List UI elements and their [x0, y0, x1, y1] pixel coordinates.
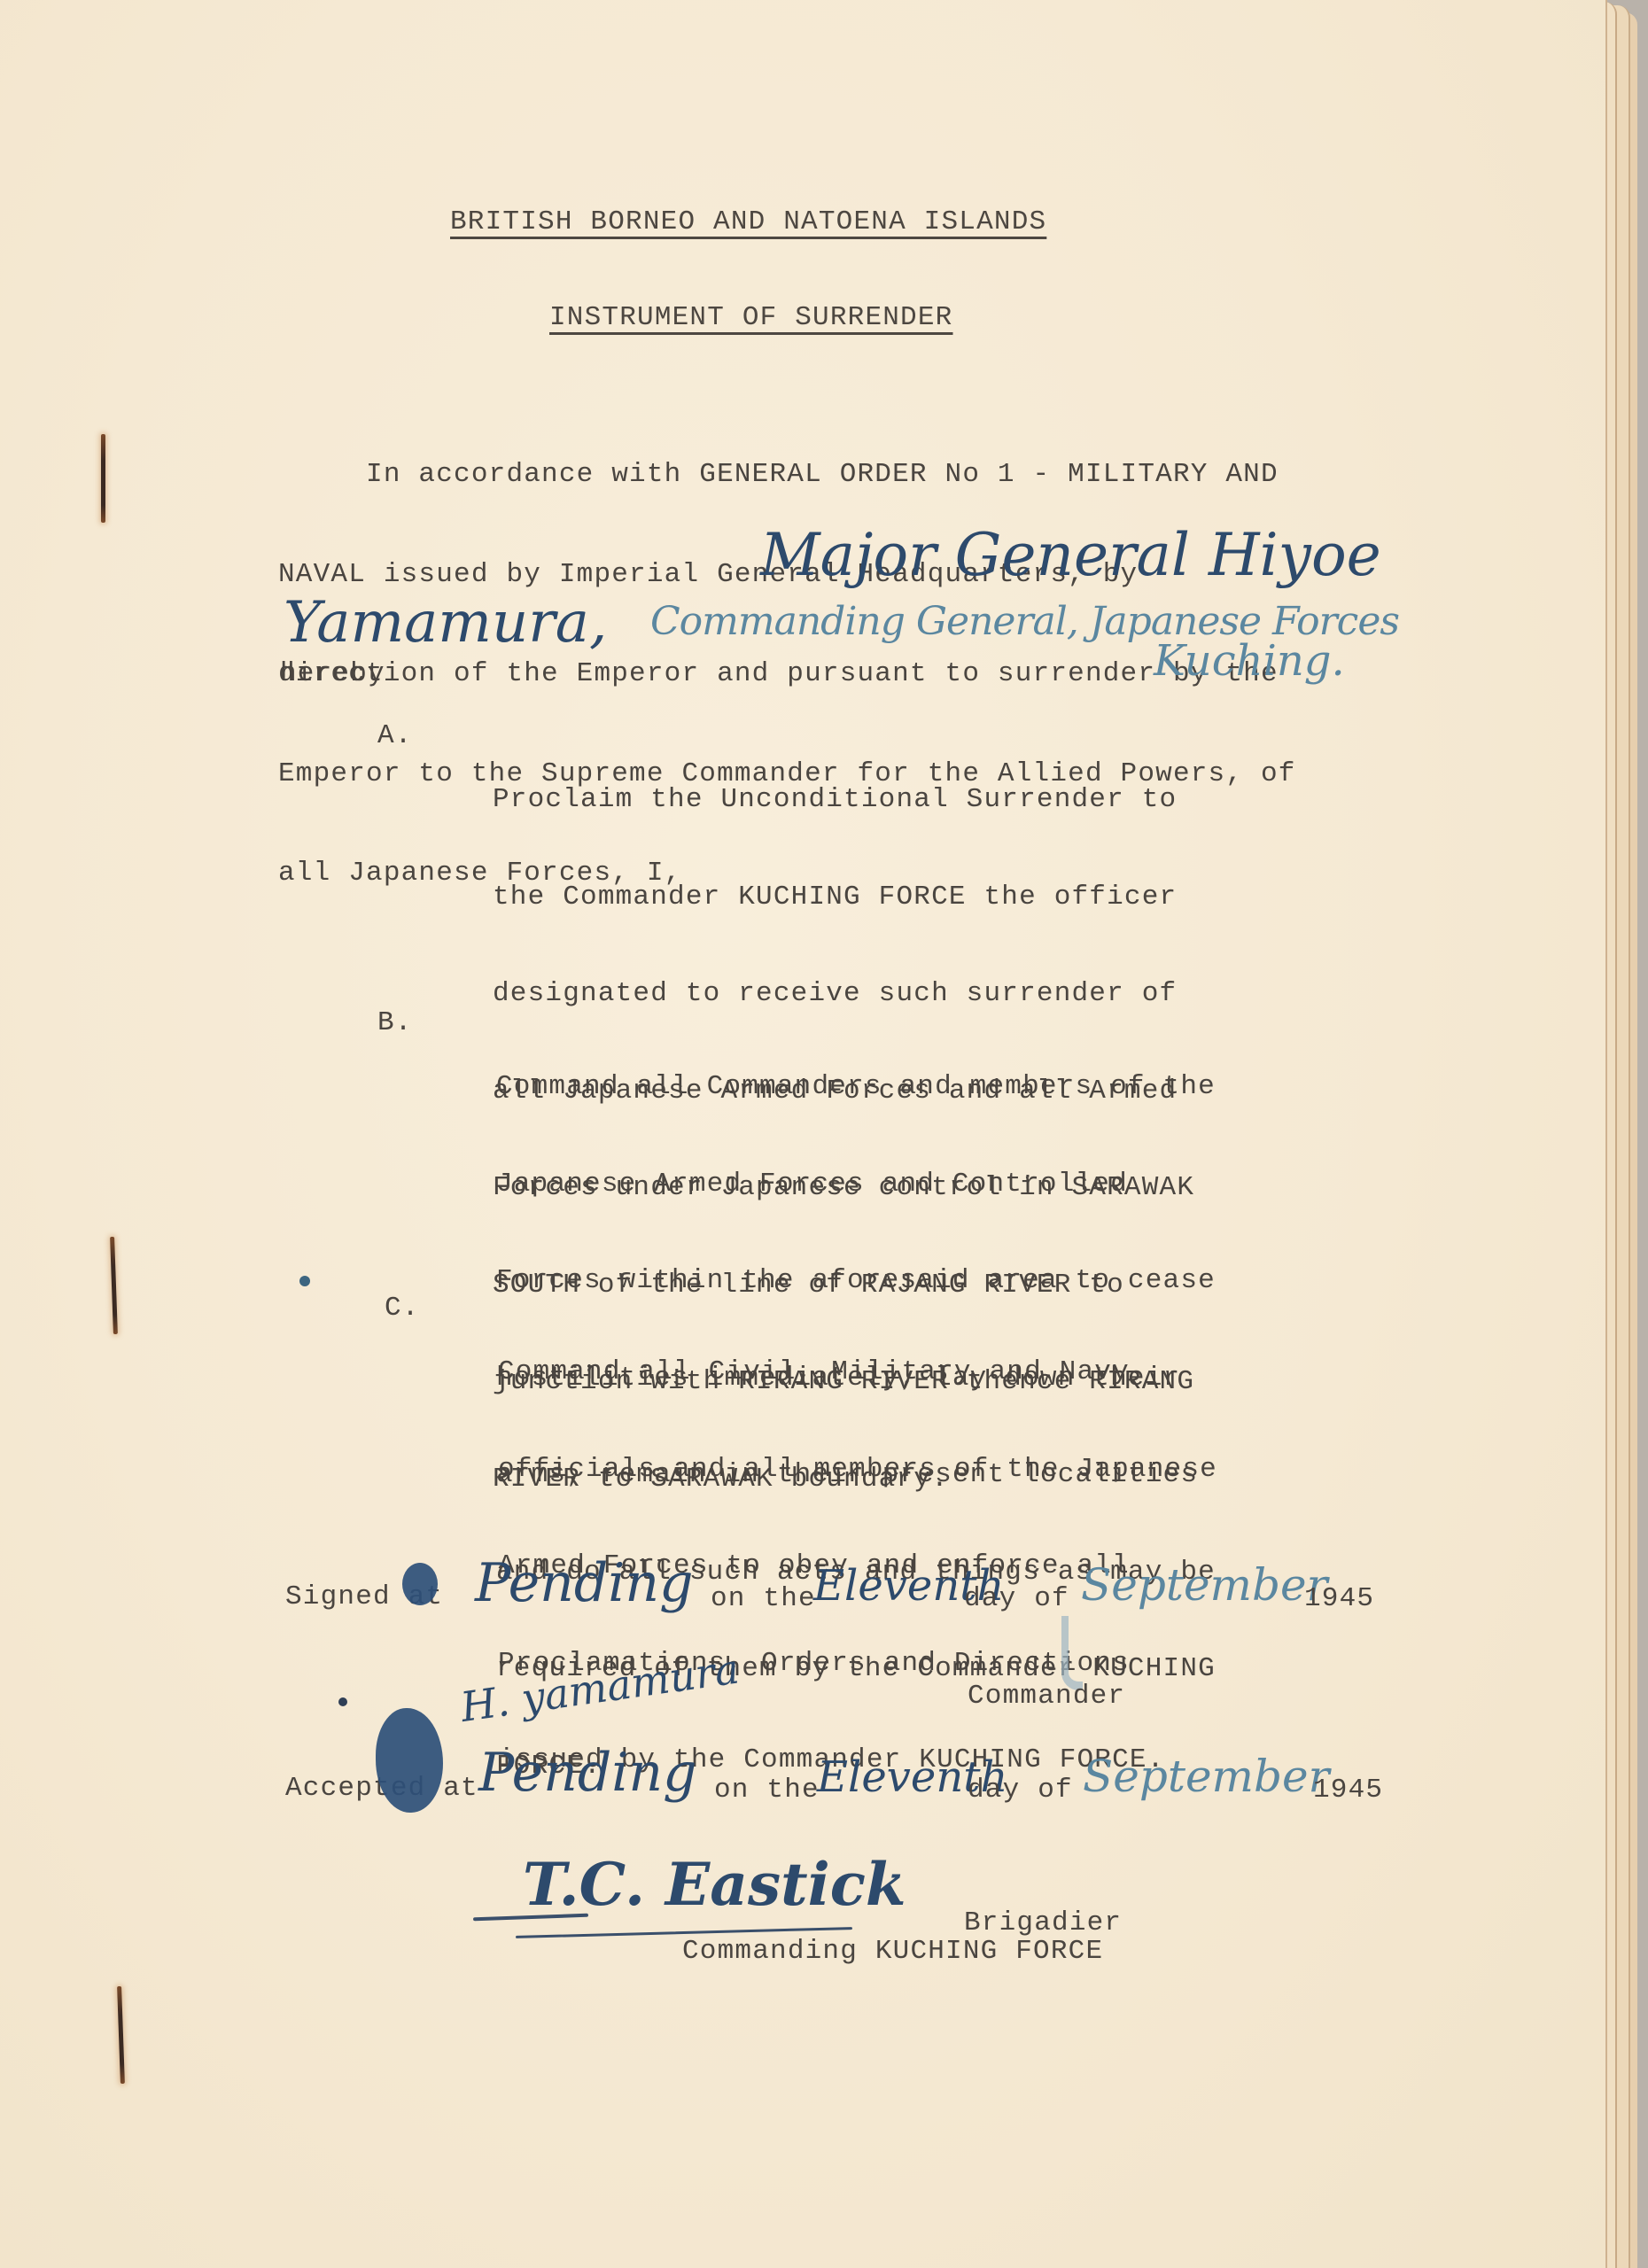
signed-year: 1945	[1304, 1582, 1374, 1615]
staple-icon	[101, 434, 105, 523]
document-title: INSTRUMENT OF SURRENDER	[549, 301, 952, 334]
item-label-c: C.	[385, 1292, 420, 1324]
accepted-on-the: on the	[714, 1774, 820, 1806]
accepted-place: Pending	[478, 1742, 696, 1804]
handwritten-name: Major General Hiyoe	[760, 521, 1381, 589]
ink-mark	[338, 1697, 347, 1706]
accepted-month: September	[1083, 1751, 1329, 1802]
item-line: Proclaim the Unconditional Surrender to	[493, 784, 1194, 817]
allied-commander-signature: T.C. Eastick	[523, 1850, 906, 1919]
item-label-a: A.	[377, 719, 413, 752]
document-page: BRITISH BORNEO AND NATOENA ISLANDS INSTR…	[0, 0, 1607, 2268]
item-label-b: B.	[377, 1006, 413, 1039]
preamble-closing: hereby	[280, 657, 385, 690]
signed-place: Pending	[475, 1552, 693, 1614]
item-line: Japanese Armed Forces and Controlled	[496, 1169, 1216, 1201]
staple-icon	[117, 1986, 125, 2084]
staple-icon	[110, 1237, 118, 1334]
item-line: Command all Civil, Military and Navy	[498, 1356, 1217, 1389]
item-line: Command all Commanders and members of th…	[496, 1071, 1216, 1104]
preamble-line: In accordance with GENERAL ORDER No 1 - …	[278, 458, 1296, 492]
ink-mark	[299, 1276, 310, 1286]
allied-role: Commanding KUCHING FORCE	[682, 1935, 1103, 1968]
japanese-commander-role: Commander	[968, 1680, 1125, 1713]
signed-day-of: day of	[964, 1582, 1069, 1615]
accepted-year: 1945	[1313, 1774, 1383, 1806]
document-heading: BRITISH BORNEO AND NATOENA ISLANDS	[450, 206, 1046, 238]
signed-month: September	[1081, 1559, 1327, 1611]
handwritten-place: Kuching.	[1154, 636, 1345, 686]
preamble-line: direction of the Emperor and pursuant to…	[278, 657, 1296, 691]
item-line: officials and all members of the Japanes…	[498, 1454, 1217, 1487]
item-line: the Commander KUCHING FORCE the officer	[493, 882, 1194, 914]
ink-blot	[402, 1563, 438, 1605]
accepted-day-of: day of	[968, 1774, 1073, 1806]
handwritten-surname: Yamamura,	[284, 590, 607, 656]
ink-blot	[376, 1708, 443, 1813]
signed-on-the: on the	[711, 1582, 816, 1615]
